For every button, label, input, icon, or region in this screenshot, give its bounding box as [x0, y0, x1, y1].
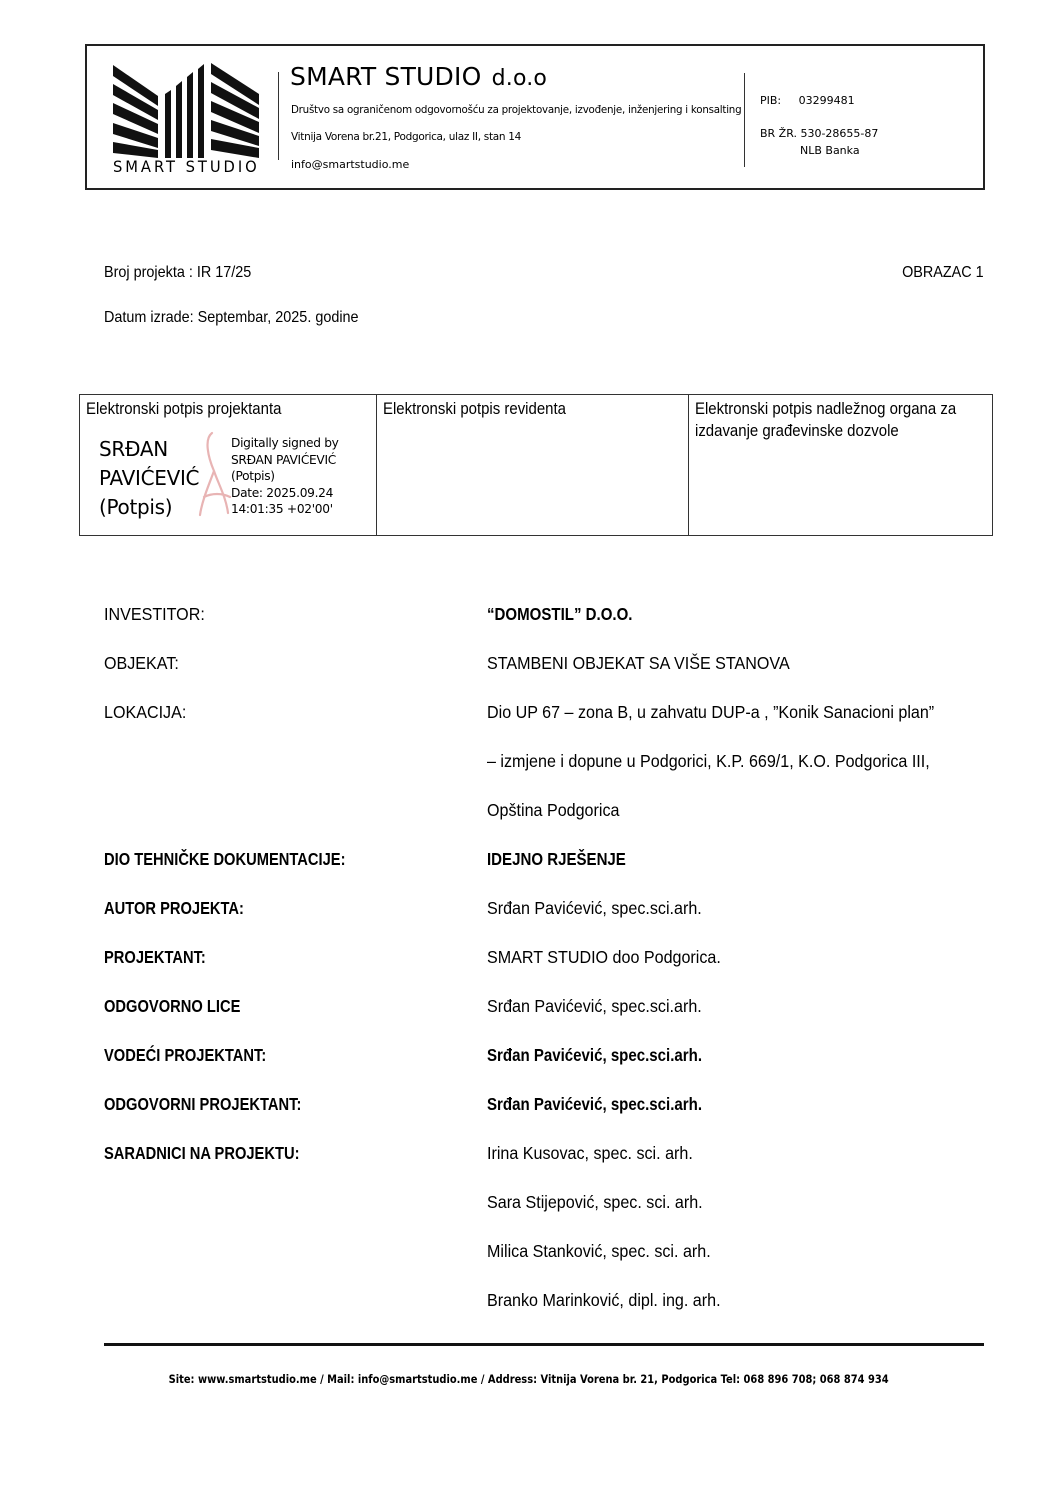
lead-designer-value: Srđan Pavićević, spec.sci.arh. — [487, 1045, 702, 1066]
company-name: SMART STUDIO d.o.o — [290, 62, 547, 91]
signature-detail-line: 14:01:35 +02'00' — [231, 501, 339, 518]
authority-title-line: izdavanje građevinske dozvole — [695, 420, 956, 442]
signature-detail-line: SRĐAN PAVIĆEVIĆ — [231, 452, 339, 469]
project-number: Broj projekta : IR 17/25 — [104, 264, 251, 282]
company-logo: SMART STUDIO — [113, 62, 259, 178]
header-divider — [744, 73, 745, 167]
investor-label: INVESTITOR: — [104, 604, 205, 625]
documentation-part-value: IDEJNO RJEŠENJE — [487, 849, 626, 870]
digital-signature-icon — [198, 431, 232, 523]
location-value-line: – izmjene i dopune u Podgorici, K.P. 669… — [487, 751, 930, 772]
location-label: LOKACIJA: — [104, 702, 186, 723]
designer-label: PROJEKTANT: — [104, 947, 206, 968]
signature-details: Digitally signed by SRĐAN PAVIĆEVIĆ (Pot… — [231, 435, 339, 518]
footer-contact-text: Site: www.smartstudio.me / Mail: info@sm… — [169, 1372, 889, 1386]
header-divider — [278, 72, 279, 160]
bank-name: NLB Banka — [800, 144, 860, 157]
signer-name-line: PAVIĆEVIĆ — [99, 464, 199, 493]
logo-wordmark: SMART STUDIO — [113, 157, 247, 176]
signature-table: Elektronski potpis projektanta SRĐAN PAV… — [79, 394, 993, 536]
company-description: Društvo sa ograničenom odgovornošću za p… — [291, 104, 741, 116]
reviewer-signature-title: Elektronski potpis revidenta — [383, 398, 566, 420]
designer-value: SMART STUDIO doo Podgorica. — [487, 947, 721, 968]
location-value-line: Dio UP 67 – zona B, u zahvatu DUP-a , ”K… — [487, 702, 934, 723]
collaborator-item: Milica Stanković, spec. sci. arh. — [487, 1241, 711, 1262]
object-value: STAMBENI OBJEKAT SA VIŠE STANOVA — [487, 653, 790, 674]
footer-contact: Site: www.smartstudio.me / Mail: info@sm… — [0, 1372, 1058, 1386]
authority-title-line: Elektronski potpis nadležnog organa za — [695, 398, 956, 420]
company-address: Vitnija Vorena br.21, Podgorica, ulaz II… — [291, 131, 521, 143]
pib: PIB: 03299481 — [760, 94, 855, 107]
footer-divider — [104, 1343, 984, 1346]
signature-detail-line: Date: 2025.09.24 — [231, 485, 339, 502]
signature-detail-line: Digitally signed by — [231, 435, 339, 452]
collaborator-item: Branko Marinković, dipl. ing. arh. — [487, 1290, 721, 1311]
collaborators-label: SARADNICI NA PROJEKTU: — [104, 1143, 299, 1164]
lead-designer-label: VODEĆI PROJEKTANT: — [104, 1045, 266, 1066]
signer-name-line: SRĐAN — [99, 435, 199, 464]
signer-name: SRĐAN PAVIĆEVIĆ (Potpis) — [99, 435, 199, 522]
designer-signature-title: Elektronski potpis projektanta — [86, 398, 281, 420]
company-suffix: d.o.o — [492, 66, 547, 91]
building-logo-icon — [113, 62, 259, 158]
project-author-label: AUTOR PROJEKTA: — [104, 898, 244, 919]
form-label: OBRAZAC 1 — [902, 264, 984, 282]
reviewer-signature-cell: Elektronski potpis revidenta — [377, 395, 689, 535]
responsible-person-value: Srđan Pavićević, spec.sci.arh. — [487, 996, 702, 1017]
signer-name-line: (Potpis) — [99, 493, 199, 522]
location-value-line: Opština Podgorica — [487, 800, 619, 821]
authority-signature-cell: Elektronski potpis nadležnog organa za i… — [689, 395, 992, 535]
responsible-person-label: ODGOVORNO LICE — [104, 996, 240, 1017]
pib-value: 03299481 — [799, 94, 855, 107]
project-author-value: Srđan Pavićević, spec.sci.arh. — [487, 898, 702, 919]
documentation-part-label: DIO TEHNIČKE DOKUMENTACIJE: — [104, 849, 345, 870]
creation-date: Datum izrade: Septembar, 2025. godine — [104, 309, 359, 327]
responsible-designer-label: ODGOVORNI PROJEKTANT: — [104, 1094, 301, 1115]
authority-signature-title: Elektronski potpis nadležnog organa za i… — [695, 398, 956, 442]
pib-label: PIB: — [760, 94, 781, 107]
bank-account: BR ŽR. 530-28655-87 — [760, 127, 878, 140]
designer-signature-cell[interactable]: Elektronski potpis projektanta SRĐAN PAV… — [80, 395, 377, 535]
collaborator-item: Sara Stijepović, spec. sci. arh. — [487, 1192, 703, 1213]
investor-value: “DOMOSTIL” D.O.O. — [487, 604, 632, 625]
responsible-designer-value: Srđan Pavićević, spec.sci.arh. — [487, 1094, 702, 1115]
company-name-text: SMART STUDIO — [290, 62, 481, 91]
company-email: info@smartstudio.me — [291, 158, 409, 171]
signature-detail-line: (Potpis) — [231, 468, 339, 485]
collaborator-item: Irina Kusovac, spec. sci. arh. — [487, 1143, 693, 1164]
object-label: OBJEKAT: — [104, 653, 179, 674]
letterhead: SMART STUDIO SMART STUDIO d.o.o Društvo … — [85, 44, 985, 190]
